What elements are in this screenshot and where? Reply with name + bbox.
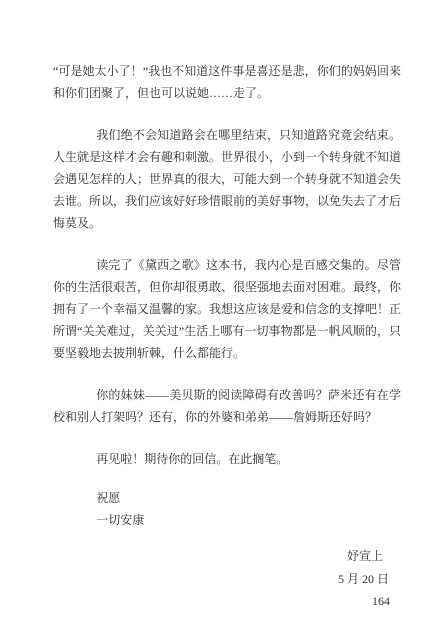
signature-name: 妤宣上 bbox=[53, 545, 401, 568]
letter-paragraph-book-review: 读完了《黛西之歌》这本书，我内心是百感交集的。尽管你的生活很艰苦，但你却很勇敢、… bbox=[53, 254, 401, 364]
closing-wish-text: 一切安康 bbox=[53, 509, 401, 531]
page-number: 164 bbox=[372, 594, 390, 609]
letter-paragraph-dialogue: “可是她太小了！”我也不知道这件事是喜还是悲，你们的妈妈回来和你们团聚了，但也可… bbox=[53, 60, 401, 104]
letter-paragraph-farewell: 再见啦！期待你的回信。在此搁笔。 bbox=[53, 448, 401, 470]
closing-wish-block: 祝愿 一切安康 bbox=[53, 487, 401, 531]
letter-paragraph-road: 我们绝不会知道路会在哪里结束，只知道路究竟会结束。人生就是这样才会有趣和刺激。世… bbox=[53, 124, 401, 234]
closing-wish-intro: 祝愿 bbox=[53, 487, 401, 509]
book-page: “可是她太小了！”我也不知道这件事是喜还是悲，你们的妈妈回来和你们团聚了，但也可… bbox=[0, 0, 448, 640]
letter-body: “可是她太小了！”我也不知道这件事是喜还是悲，你们的妈妈回来和你们团聚了，但也可… bbox=[53, 60, 401, 591]
signature-date: 5 月 20 日 bbox=[53, 568, 401, 591]
letter-paragraph-questions: 你的妹妹——美贝斯的阅读障碍有改善吗？萨米还有在学校和别人打架吗？还有，你的外婆… bbox=[53, 384, 401, 428]
signature-block: 妤宣上 5 月 20 日 bbox=[53, 545, 401, 591]
